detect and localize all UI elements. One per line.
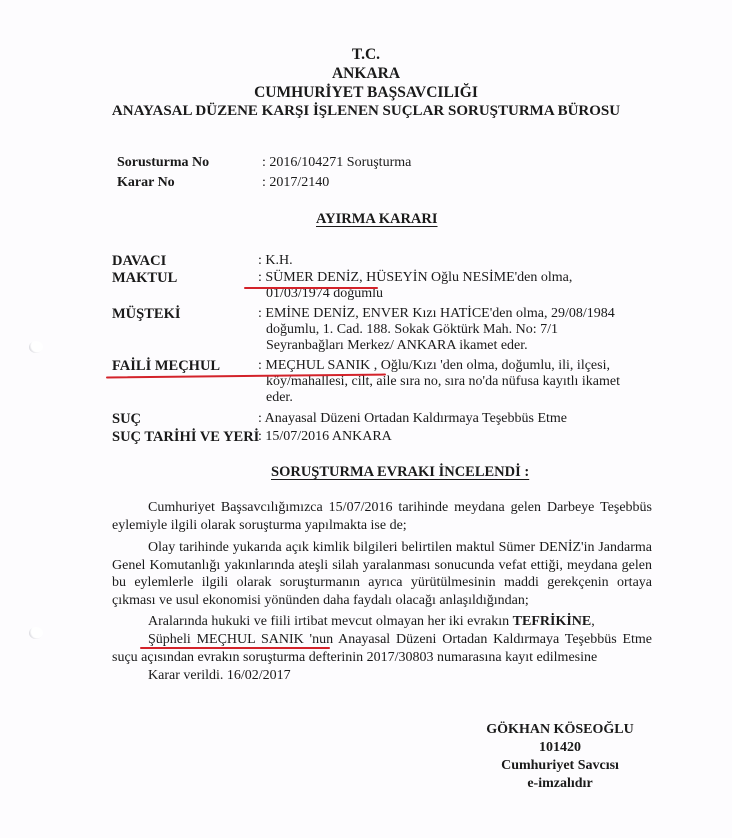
crime-label: SUÇ	[112, 411, 141, 428]
complainant-value-line1: : EMİNE DENİZ, ENVER Kızı HATİCE'den olm…	[258, 306, 615, 321]
prosecutor-id: 101420	[460, 739, 660, 757]
investigation-no-value: : 2016/104271 Soruşturma	[262, 155, 411, 171]
crime-date-place-label: SUÇ TARİHİ VE YERİ	[112, 429, 259, 446]
complainant-value-line3: Seyranbağları Merkez/ ANKARA ikamet eder…	[258, 338, 653, 354]
prosecutor-name: GÖKHAN KÖSEOĞLU	[460, 721, 660, 739]
unknown-perpetrator-value-line3: eder.	[258, 390, 653, 406]
body-paragraph-3-text: Aralarında hukuki ve fiili irtibat mevcu…	[148, 614, 513, 629]
decision-no-label: Karar No	[117, 175, 175, 191]
punch-hole-top	[29, 341, 43, 353]
body-paragraph-5: Karar verildi. 16/02/2017	[112, 667, 652, 685]
e-signature-note: e-imzalıdır	[460, 775, 660, 793]
complainant-value: : EMİNE DENİZ, ENVER Kızı HATİCE'den olm…	[258, 306, 653, 354]
unknown-perpetrator-value-line2: köy/mahallesi, cilt, aile sıra no, sıra …	[258, 374, 653, 390]
header-tc: T.C.	[0, 46, 732, 64]
decision-no-value: : 2017/2140	[262, 175, 329, 191]
red-underline-deceased	[244, 287, 378, 289]
punch-hole-bottom	[29, 627, 43, 639]
header-city: ANKARA	[0, 65, 732, 83]
unknown-perpetrator-value: : MEÇHUL SANIK , Oğlu/Kızı 'den olma, do…	[258, 358, 653, 406]
header-bureau: ANAYASAL DÜZENE KARŞI İŞLENEN SUÇLAR SOR…	[0, 103, 732, 120]
deceased-value: : SÜMER DENİZ, HÜSEYİN Oğlu NESİME'den o…	[258, 270, 653, 302]
crime-date-place-value: : 15/07/2016 ANKARA	[258, 429, 653, 445]
signature-block: GÖKHAN KÖSEOĞLU 101420 Cumhuriyet Savcıs…	[460, 721, 660, 793]
header-office: CUMHURİYET BAŞSAVCILIĞI	[0, 84, 732, 102]
body-paragraph-1: Cumhuriyet Başsavcılığımızca 15/07/2016 …	[112, 499, 652, 534]
section-title: SORUŞTURMA EVRAKI İNCELENDİ :	[271, 464, 529, 481]
unknown-perpetrator-value-line1: : MEÇHUL SANIK , Oğlu/Kızı 'den olma, do…	[258, 358, 610, 373]
body-paragraph-2: Olay tarihinde yukarıda açık kimlik bilg…	[112, 539, 652, 609]
investigation-no-label: Sorusturma No	[117, 155, 209, 171]
unknown-perpetrator-label: FAİLİ MEÇHUL	[112, 358, 220, 375]
separation-keyword: TEFRİKİNE	[513, 614, 592, 629]
deceased-value-line1: : SÜMER DENİZ, HÜSEYİN Oğlu NESİME'den o…	[258, 270, 572, 285]
complainant-label: MÜŞTEKİ	[112, 306, 181, 323]
red-underline-suspect	[140, 647, 330, 649]
body-paragraph-3-end: ,	[591, 614, 595, 629]
crime-value: : Anayasal Düzeni Ortadan Kaldırmaya Teş…	[258, 411, 653, 427]
document-page: T.C. ANKARA CUMHURİYET BAŞSAVCILIĞI ANAY…	[0, 0, 732, 838]
prosecutor-title: Cumhuriyet Savcısı	[460, 757, 660, 775]
plaintiff-value: : K.H.	[258, 253, 653, 269]
plaintiff-label: DAVACI	[112, 253, 166, 270]
body-paragraph-3: Aralarında hukuki ve fiili irtibat mevcu…	[112, 613, 652, 631]
decision-title: AYIRMA KARARI	[316, 211, 438, 228]
complainant-value-line2: doğumlu, 1. Cad. 188. Sokak Göktürk Mah.…	[258, 322, 653, 338]
deceased-label: MAKTUL	[112, 270, 177, 287]
